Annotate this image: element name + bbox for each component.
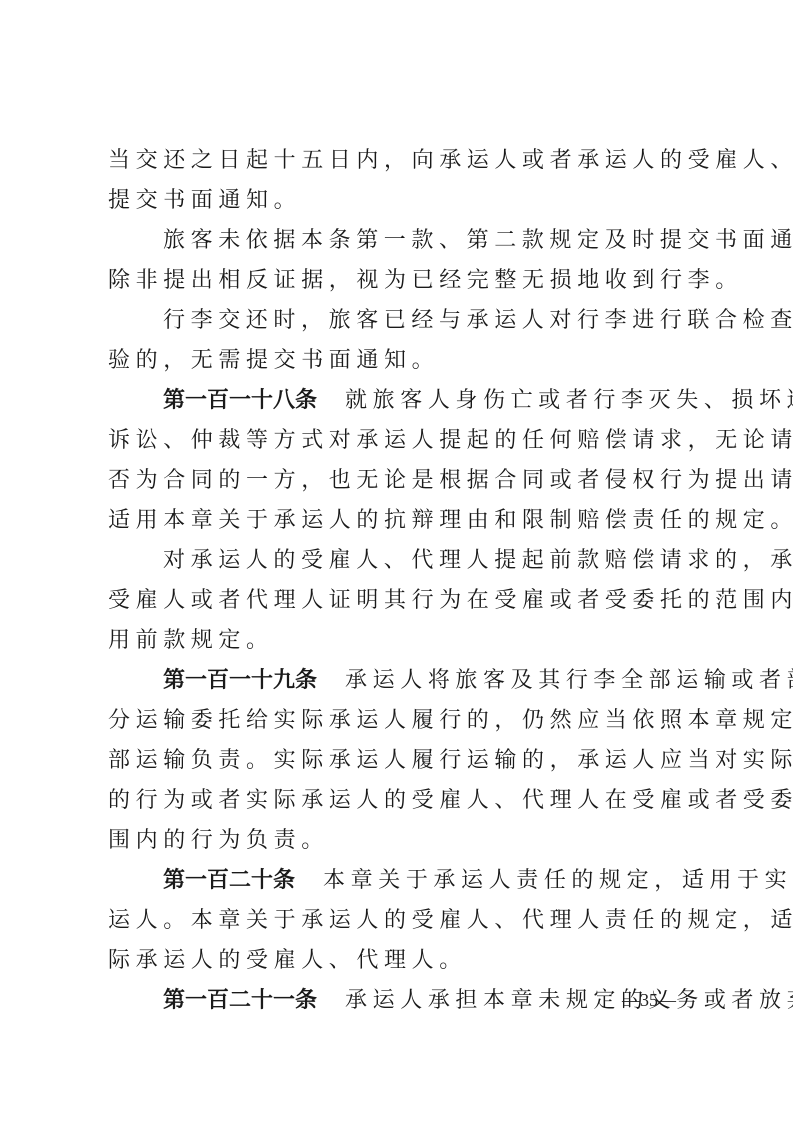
article-120-text: 本章关于承运人责任的规定，适用于实际承 — [323, 868, 793, 893]
text-line-10: 适用本章关于承运人的抗辩理由和限制赔偿责任的规定。 — [108, 501, 696, 541]
page-number: —35— — [622, 990, 676, 1011]
text-line-9: 否为合同的一方，也无论是根据合同或者侵权行为提出请求，均 — [108, 461, 696, 501]
paragraph-start-line-5: 行李交还时，旅客已经与承运人对行李进行联合检查或者检 — [108, 301, 696, 341]
text-line-20: 运人。本章关于承运人的受雇人、代理人责任的规定，适用于实 — [108, 901, 696, 941]
article-118-heading-line: 第一百一十八条就旅客人身伤亡或者行李灭失、损坏通过 — [108, 381, 696, 421]
text-line-13: 用前款规定。 — [108, 621, 696, 661]
document-body: 当交还之日起十五日内，向承运人或者承运人的受雇人、代理人 提交书面通知。 旅客未… — [108, 141, 696, 1021]
article-119-text: 承运人将旅客及其行李全部运输或者部 — [345, 668, 793, 693]
article-121-text: 承运人承担本章未规定的义务或者放弃 — [345, 988, 793, 1013]
article-120-number: 第一百二十条 — [163, 868, 295, 893]
text-line-12: 受雇人或者代理人证明其行为在受雇或者受委托的范围内的，适 — [108, 581, 696, 621]
text-line-18: 围内的行为负责。 — [108, 821, 696, 861]
text-line-4: 除非提出相反证据，视为已经完整无损地收到行李。 — [108, 261, 696, 301]
text-line-16: 部运输负责。实际承运人履行运输的，承运人应当对实际承运人 — [108, 741, 696, 781]
text-line-1: 当交还之日起十五日内，向承运人或者承运人的受雇人、代理人 — [108, 141, 696, 181]
article-121-heading-line: 第一百二十一条承运人承担本章未规定的义务或者放弃 — [108, 981, 696, 1021]
text-line-8: 诉讼、仲裁等方式对承运人提起的任何赔偿请求，无论请求人是 — [108, 421, 696, 461]
text-line-2: 提交书面通知。 — [108, 181, 696, 221]
article-118-text: 就旅客人身伤亡或者行李灭失、损坏通过 — [345, 388, 793, 413]
article-120-heading-line: 第一百二十条本章关于承运人责任的规定，适用于实际承 — [108, 861, 696, 901]
text-line-21: 际承运人的受雇人、代理人。 — [108, 941, 696, 981]
text-line-17: 的行为或者实际承运人的受雇人、代理人在受雇或者受委托的范 — [108, 781, 696, 821]
article-118-number: 第一百一十八条 — [163, 388, 317, 413]
paragraph-start-line-11: 对承运人的受雇人、代理人提起前款赔偿请求的，承运人的 — [108, 541, 696, 581]
article-119-number: 第一百一十九条 — [163, 668, 317, 693]
article-119-heading-line: 第一百一十九条承运人将旅客及其行李全部运输或者部 — [108, 661, 696, 701]
text-line-6: 验的，无需提交书面通知。 — [108, 341, 696, 381]
article-121-number: 第一百二十一条 — [163, 988, 317, 1013]
text-line-15: 分运输委托给实际承运人履行的，仍然应当依照本章规定，对全 — [108, 701, 696, 741]
paragraph-start-line-3: 旅客未依据本条第一款、第二款规定及时提交书面通知的， — [108, 221, 696, 261]
